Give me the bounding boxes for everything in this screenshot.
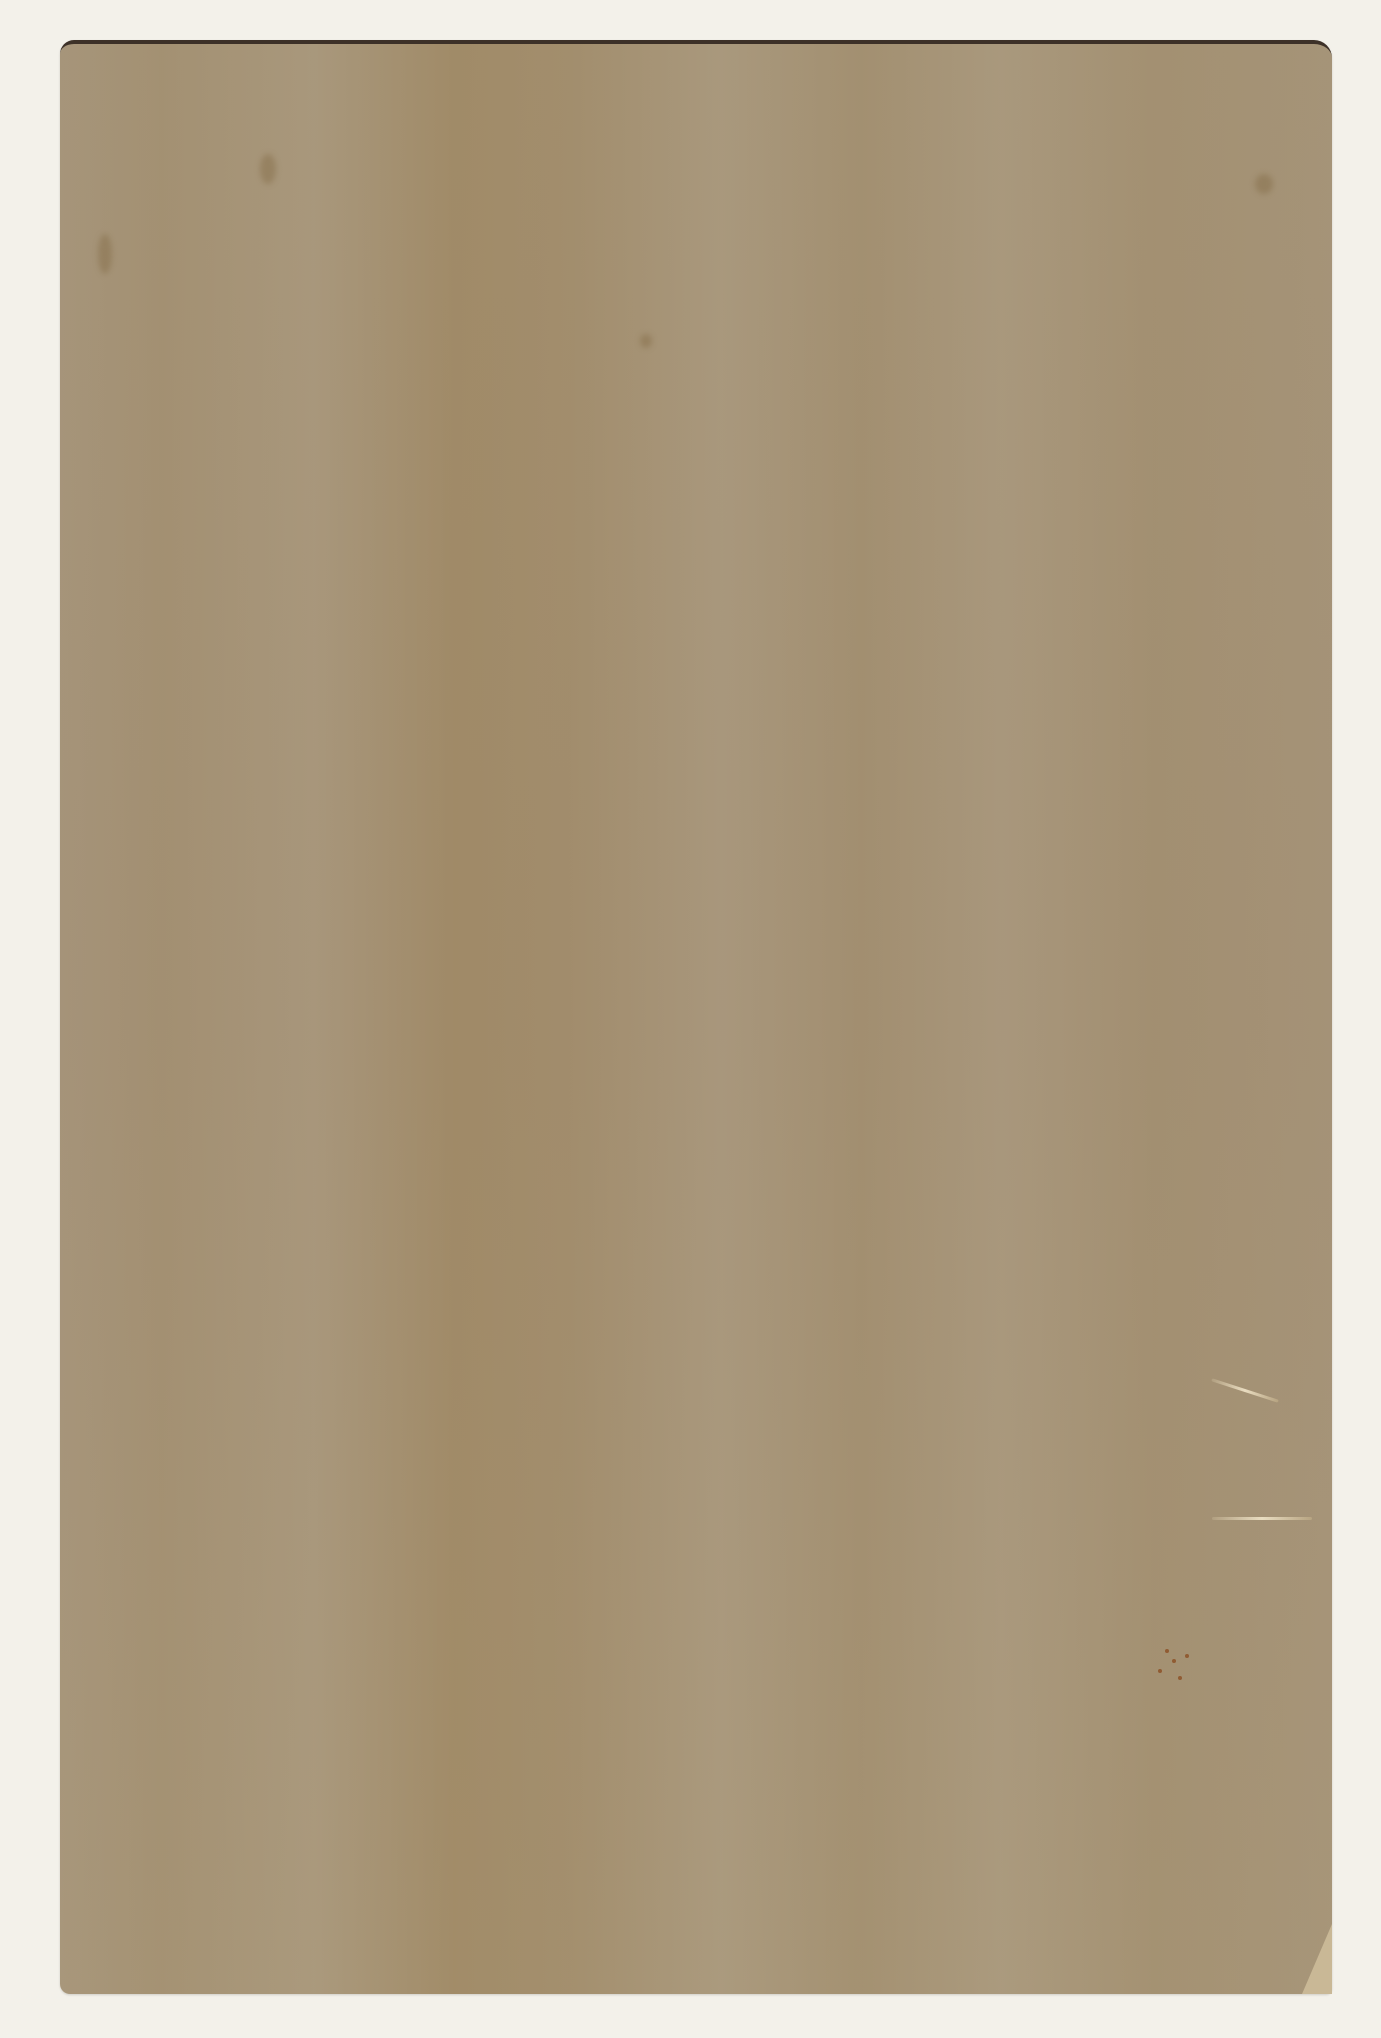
- scratch-mark: [1211, 1378, 1279, 1402]
- aged-card: [60, 40, 1332, 1994]
- foxing-spot: [1158, 1669, 1162, 1673]
- stain-spot: [640, 334, 652, 348]
- stain-spot: [98, 234, 112, 274]
- foxing-spot: [1165, 1649, 1169, 1653]
- worn-corner: [1302, 1924, 1332, 1994]
- scratch-mark: [1212, 1517, 1312, 1520]
- foxing-spot: [1178, 1676, 1182, 1680]
- foxing-spot: [1185, 1654, 1189, 1658]
- stain-spot: [260, 154, 276, 184]
- stain-spot: [1255, 174, 1273, 194]
- foxing-spot: [1172, 1659, 1176, 1663]
